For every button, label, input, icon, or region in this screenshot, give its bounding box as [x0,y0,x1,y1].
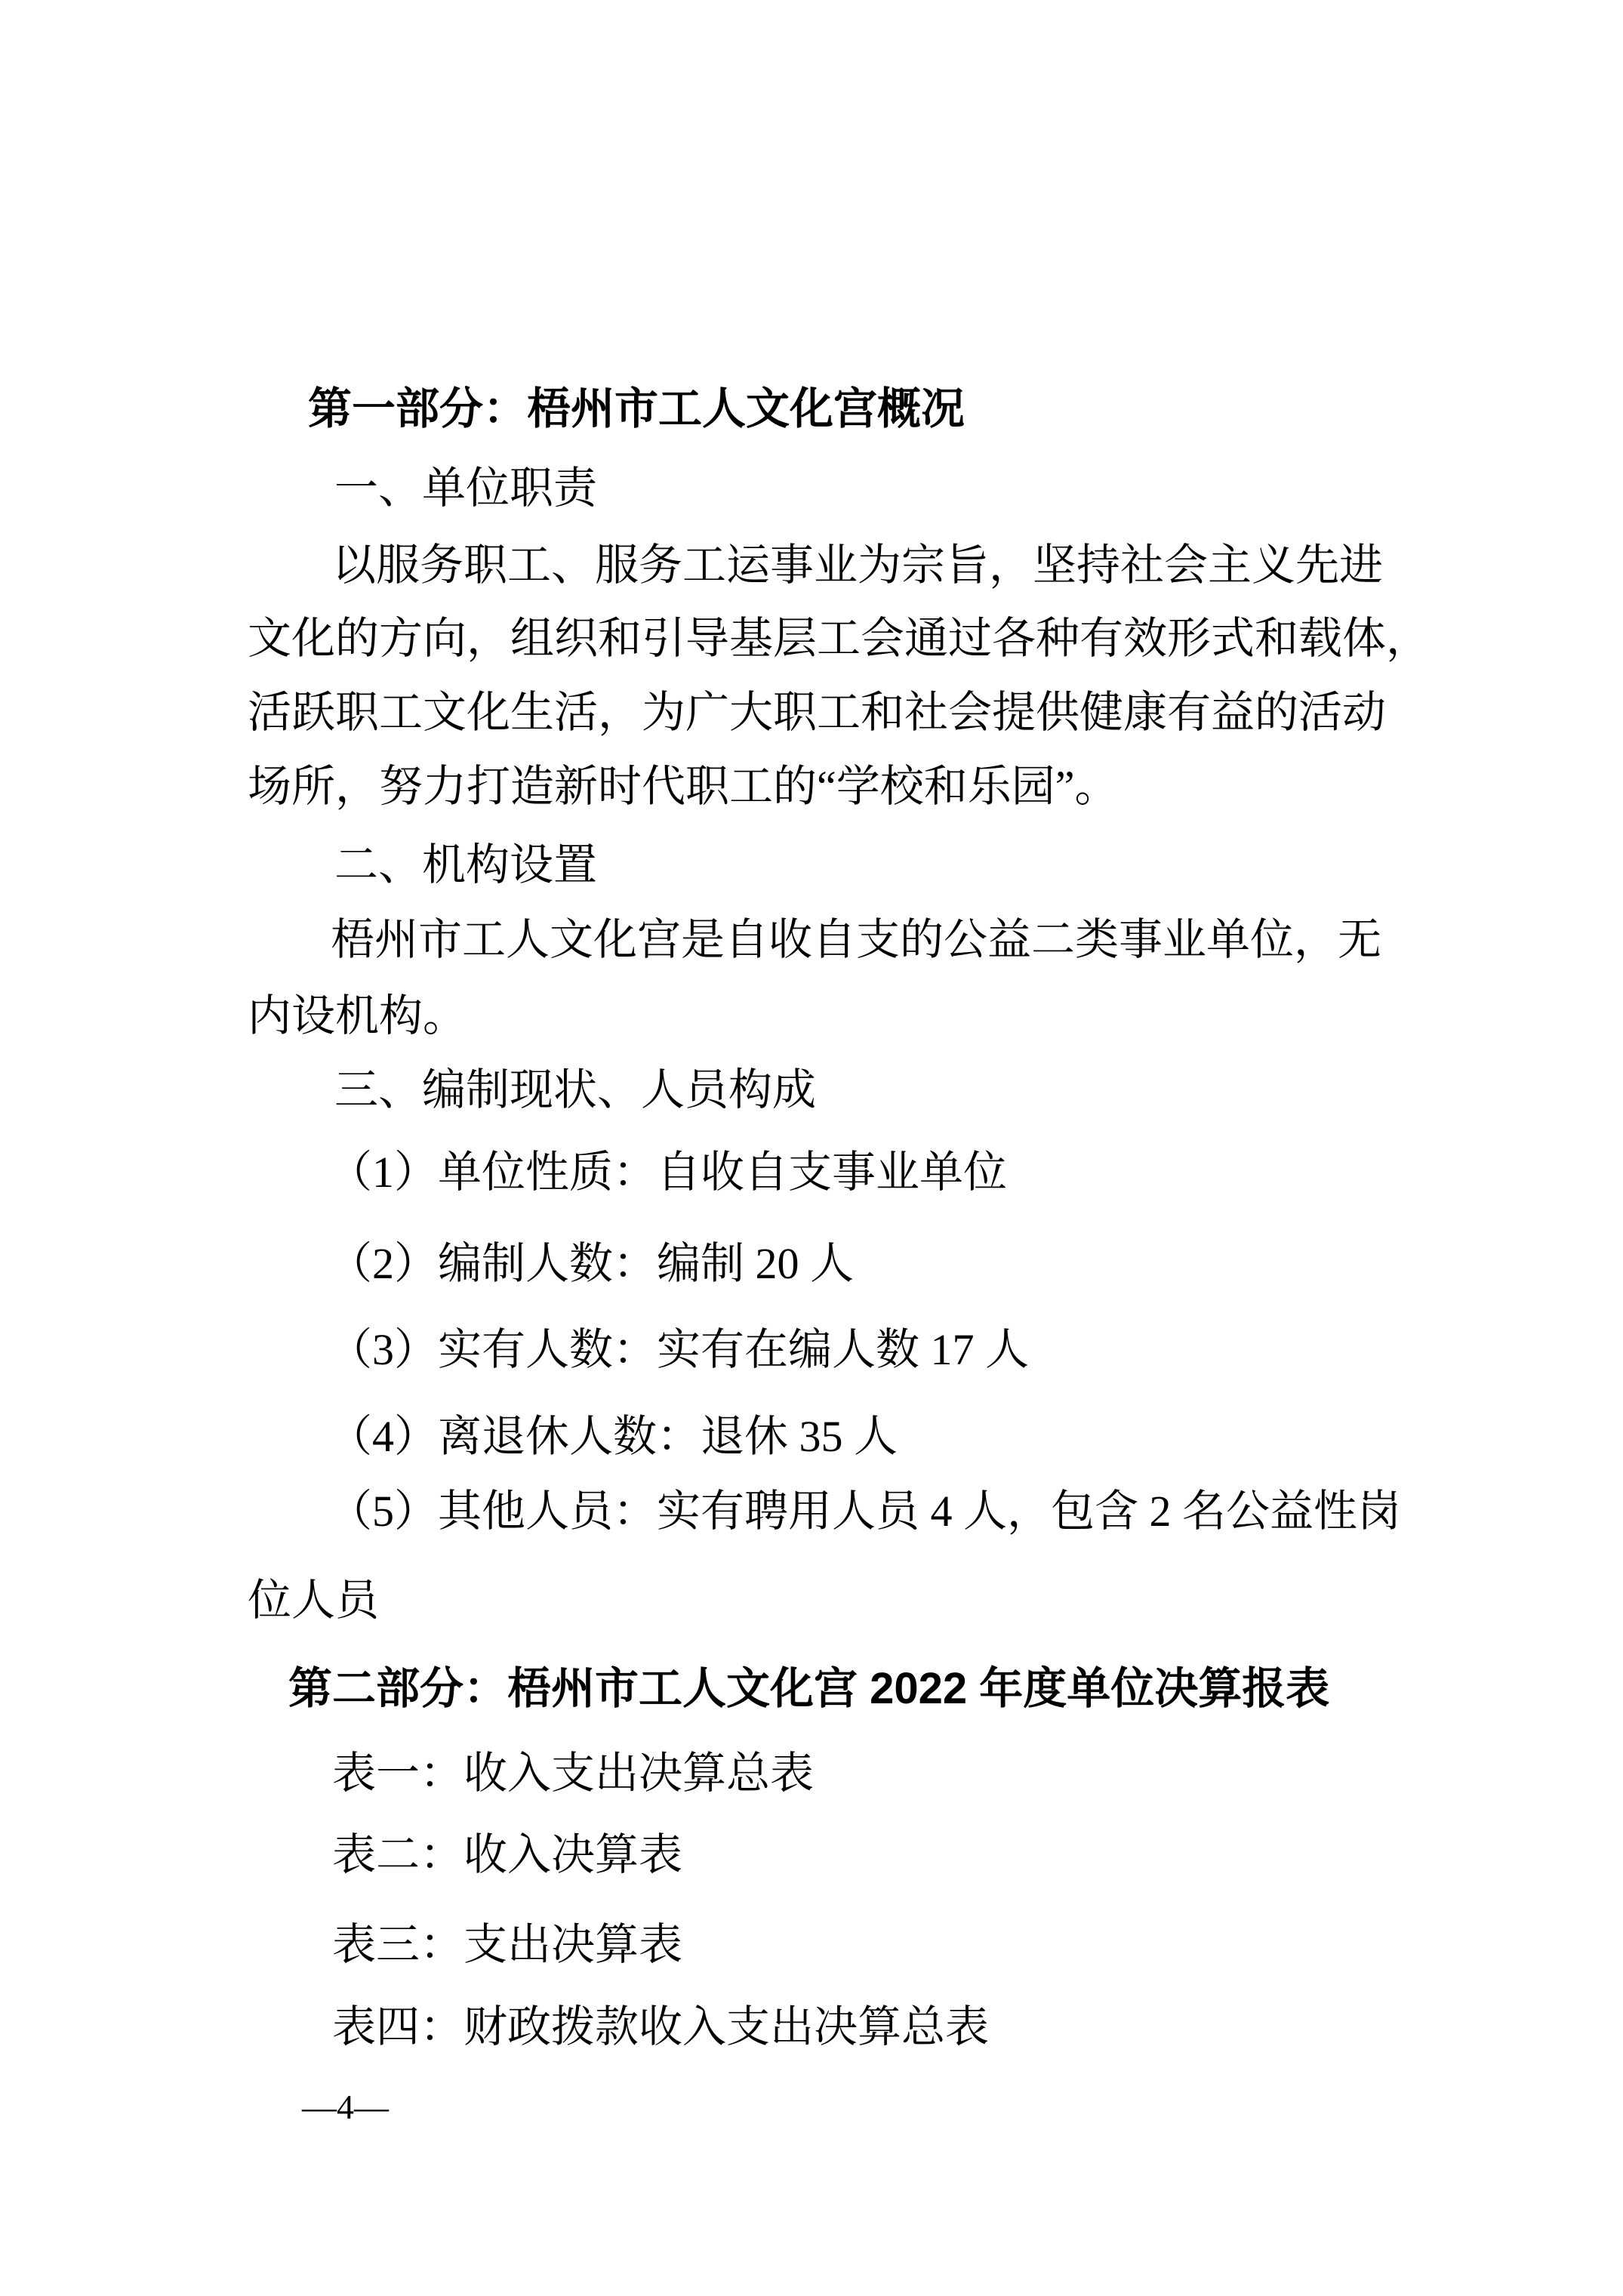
table-list-item: 表四：财政拨款收入支出决算总表 [332,2005,989,2049]
table-list-item: 表二：收入决算表 [332,1833,682,1877]
section2-paragraph-line: 内设机构。 [248,994,467,1038]
section1-paragraph-line: 场所，努力打造新时代职工的“学校和乐园”。 [248,765,1119,809]
section2-paragraph-line: 梧州市工人文化宫是自收自支的公益二类事业单位，无 [331,918,1381,962]
section3-item: （1）单位性质：自收自支事业单位 [328,1151,1007,1194]
section1-paragraph-line: 文化的方向，组织和引导基层工会通过各种有效形式和载体， [248,617,1430,661]
section3-item: （2）编制人数：编制 20 人 [328,1242,854,1286]
part2-title: 第二部分：梧州市工人文化宫 2022 年度单位决算报表 [288,1667,1329,1711]
section1-paragraph-line: 以服务职工、服务工运事业为宗旨，坚持社会主义先进 [332,544,1383,587]
section1-paragraph-line: 活跃职工文化生活，为广大职工和社会提供健康有益的活动 [248,691,1386,735]
section3-item: （5）其他人员：实有聘用人员 4 人，包含 2 名公益性岗 [328,1490,1401,1533]
table-list-item: 表三：支出决算表 [332,1923,682,1967]
section3-item-continuation: 位人员 [248,1579,379,1623]
section3-heading: 三、编制现状、人员构成 [334,1068,816,1112]
section2-heading: 二、机构设置 [334,843,597,887]
page-number: —4— [302,2090,389,2125]
section1-heading: 一、单位职责 [334,467,597,510]
document-page: 第一部分：梧州市工人文化宫概况 一、单位职责 以服务职工、服务工运事业为宗旨，坚… [0,0,1623,2296]
section3-item: （4）离退休人数：退休 35 人 [328,1415,898,1459]
section3-item: （3）实有人数：实有在编人数 17 人 [328,1328,1029,1372]
table-list-item: 表一：收入支出决算总表 [332,1752,814,1795]
part1-title: 第一部分：梧州市工人文化宫概况 [308,387,965,431]
